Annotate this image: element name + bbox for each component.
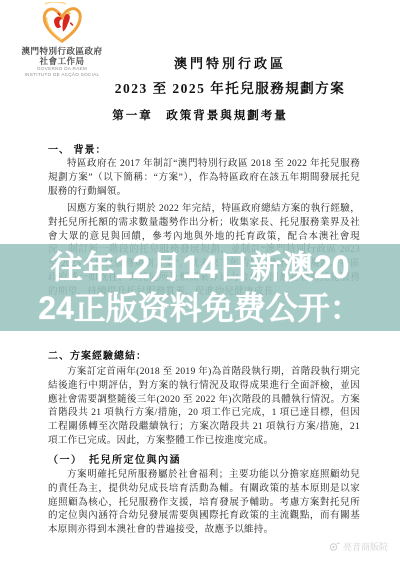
spam-overlay-text-line2: 24正版资料免费公开： [38, 288, 362, 329]
document-title-line2: 2023 至 2025 年托兒服務規劃方案 [60, 77, 400, 97]
section1-heading: 一、 背景： [48, 141, 107, 156]
watermark-camera-icon [329, 542, 340, 551]
document-title-line1: 澳門特別行政區 [60, 53, 400, 72]
watermark: 亮音商版院 [329, 540, 388, 553]
spam-overlay-text-line1: 往年12月14日新澳20 [51, 247, 350, 288]
paragraph-background-1: 特區政府在 2017 年制訂“澳門特別行政區 2018 至 2022 年托兒服務… [48, 158, 360, 199]
chapter-heading: 第一章 政策背景與規劃考量 [0, 107, 400, 123]
paragraph-positioning: 方案明確托兒所服務屬於社會福利；主要功能以分擔家庭照顧幼兒的責任為主，提供幼兒成… [48, 469, 360, 538]
subsection-heading: （一） 托兒所定位與內涵 [48, 451, 181, 466]
document-title: 澳門特別行政區 2023 至 2025 年托兒服務規劃方案 [60, 53, 400, 97]
watermark-text: 亮音商版院 [343, 540, 388, 553]
document-page: 澳門特別行政區政府 社會工作局 GOVERNO DA RAEM INSTITUT… [0, 0, 400, 561]
heart-logo-icon [39, 2, 85, 46]
section2-heading: 二、方案經驗總結： [48, 347, 147, 362]
paragraph-summary: 方案訂定首兩年(2018 至 2019 年)為首階段執行期，首階段執行期完結後進… [48, 366, 360, 449]
spam-overlay-banner: 往年12月14日新澳20 24正版资料免费公开： [0, 244, 400, 331]
